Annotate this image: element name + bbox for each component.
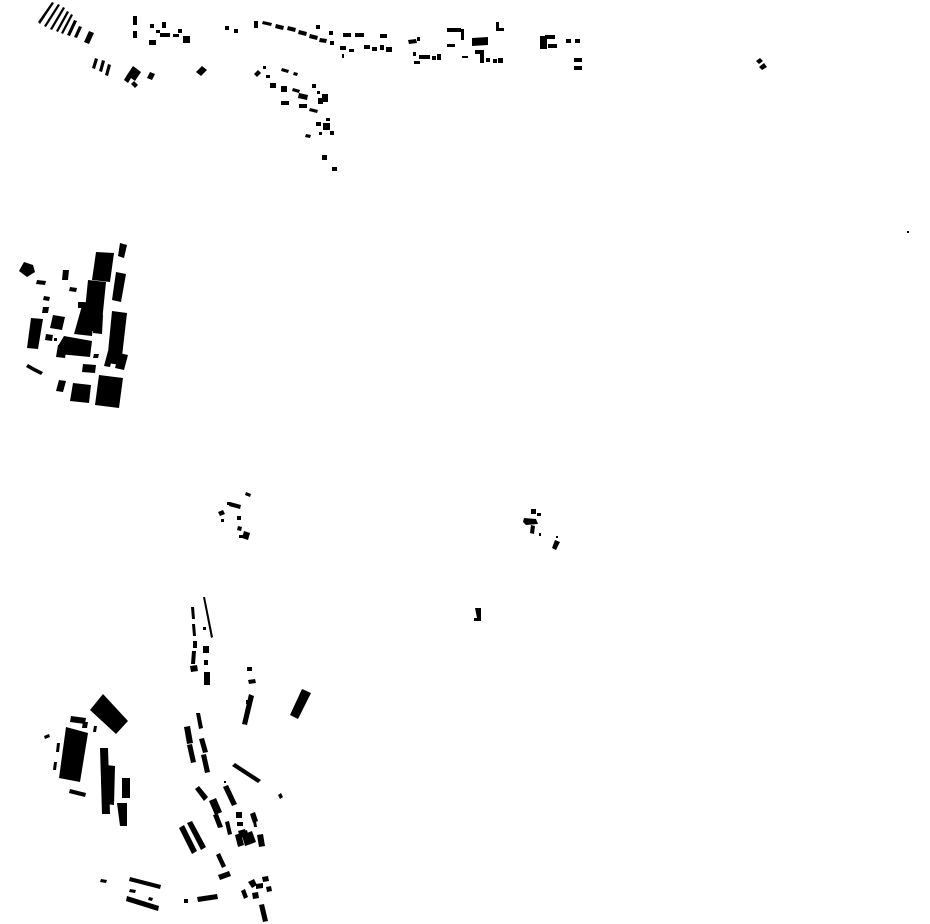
building-footprint (95, 375, 123, 408)
building-footprint (133, 31, 137, 38)
building-footprint (178, 29, 182, 33)
building-footprint (237, 822, 243, 826)
building-footprint (472, 37, 488, 46)
building-footprint (224, 781, 226, 783)
building-footprint (317, 91, 320, 94)
building-footprint (221, 519, 224, 522)
building-footprint (447, 44, 455, 47)
building-footprint (160, 33, 170, 37)
building-footprint (332, 167, 337, 171)
building-footprint (225, 26, 229, 30)
building-footprint (133, 16, 137, 25)
building-footprint (539, 533, 541, 536)
building-footprint (447, 28, 461, 32)
building-footprint (349, 49, 354, 52)
building-footprint (372, 47, 377, 51)
building-footprint (323, 123, 330, 130)
building-footprint (82, 364, 96, 373)
building-footprint (93, 354, 99, 358)
building-footprint (45, 334, 53, 341)
building-footprint (319, 132, 322, 135)
building-footprint (266, 886, 272, 892)
building-footprint (281, 101, 289, 105)
building-footprint (183, 36, 190, 43)
building-footprint (122, 778, 130, 798)
building-footprint (93, 314, 103, 334)
building-footprint (419, 55, 430, 59)
building-footprint (237, 516, 241, 520)
building-footprint (204, 672, 210, 685)
building-footprint (340, 46, 346, 50)
building-footprint (203, 646, 209, 653)
building-footprint (480, 54, 484, 63)
building-footprint (203, 627, 206, 630)
building-footprint (246, 700, 250, 704)
building-footprint (574, 66, 582, 70)
building-footprint (316, 25, 320, 29)
building-footprint (355, 33, 364, 37)
building-footprint (312, 84, 316, 88)
building-footprint (266, 75, 270, 78)
building-footprint (574, 58, 582, 62)
building-footprint (316, 122, 321, 126)
building-footprint (498, 58, 503, 63)
building-footprint (548, 44, 557, 48)
building-footprint (414, 61, 420, 64)
building-footprint (330, 131, 334, 135)
building-footprint (486, 58, 490, 62)
building-footprint (343, 33, 351, 37)
building-footprint (234, 29, 238, 33)
building-footprint (252, 892, 259, 899)
building-footprint (254, 21, 258, 28)
building-footprint (575, 39, 580, 43)
building-footprint (329, 31, 333, 35)
building-footprint (247, 667, 252, 671)
building-footprint (173, 34, 179, 37)
building-footprint (432, 56, 436, 60)
building-footprint (566, 39, 571, 43)
building-footprint (184, 899, 188, 903)
building-footprint (386, 47, 392, 52)
building-footprint (330, 41, 334, 45)
building-footprint (162, 22, 166, 28)
building-footprint (150, 24, 154, 28)
building-footprint (70, 383, 91, 403)
building-footprint (270, 83, 276, 88)
building-footprint (475, 50, 484, 54)
building-footprint (413, 52, 416, 56)
building-footprint (493, 59, 497, 63)
building-footprint (239, 535, 243, 538)
building-footprint (262, 876, 269, 882)
building-footprint (193, 641, 197, 648)
building-footprint (417, 37, 420, 41)
building-footprint (256, 883, 263, 889)
building-footprint (299, 104, 307, 108)
building-footprint (54, 338, 57, 341)
building-footprint (281, 86, 287, 92)
building-footprint (263, 66, 266, 69)
building-footprint (190, 665, 198, 672)
building-footprint (149, 40, 156, 45)
building-footprint (204, 660, 208, 665)
building-footprint (545, 35, 555, 39)
building-footprint (322, 94, 328, 102)
building-footprint (42, 307, 49, 313)
building-footprint (105, 765, 115, 805)
figure-ground-map (0, 0, 930, 924)
building-footprint (437, 54, 441, 60)
building-footprint (556, 536, 558, 538)
building-footprint (380, 45, 384, 50)
building-footprint (523, 518, 538, 525)
building-footprint (380, 34, 387, 38)
building-footprint (82, 722, 88, 728)
building-footprint (537, 513, 541, 516)
building-footprint (342, 54, 344, 58)
building-footprint (364, 45, 370, 49)
building-footprint (461, 29, 464, 40)
building-footprint (236, 812, 242, 818)
building-footprint (227, 502, 230, 505)
building-footprint (62, 270, 69, 280)
building-footprint (322, 155, 327, 160)
building-footprint (156, 30, 160, 33)
building-footprint (462, 56, 468, 58)
building-footprint (326, 118, 330, 121)
map-background (0, 0, 930, 924)
building-footprint (907, 231, 909, 233)
building-footprint (531, 509, 536, 514)
